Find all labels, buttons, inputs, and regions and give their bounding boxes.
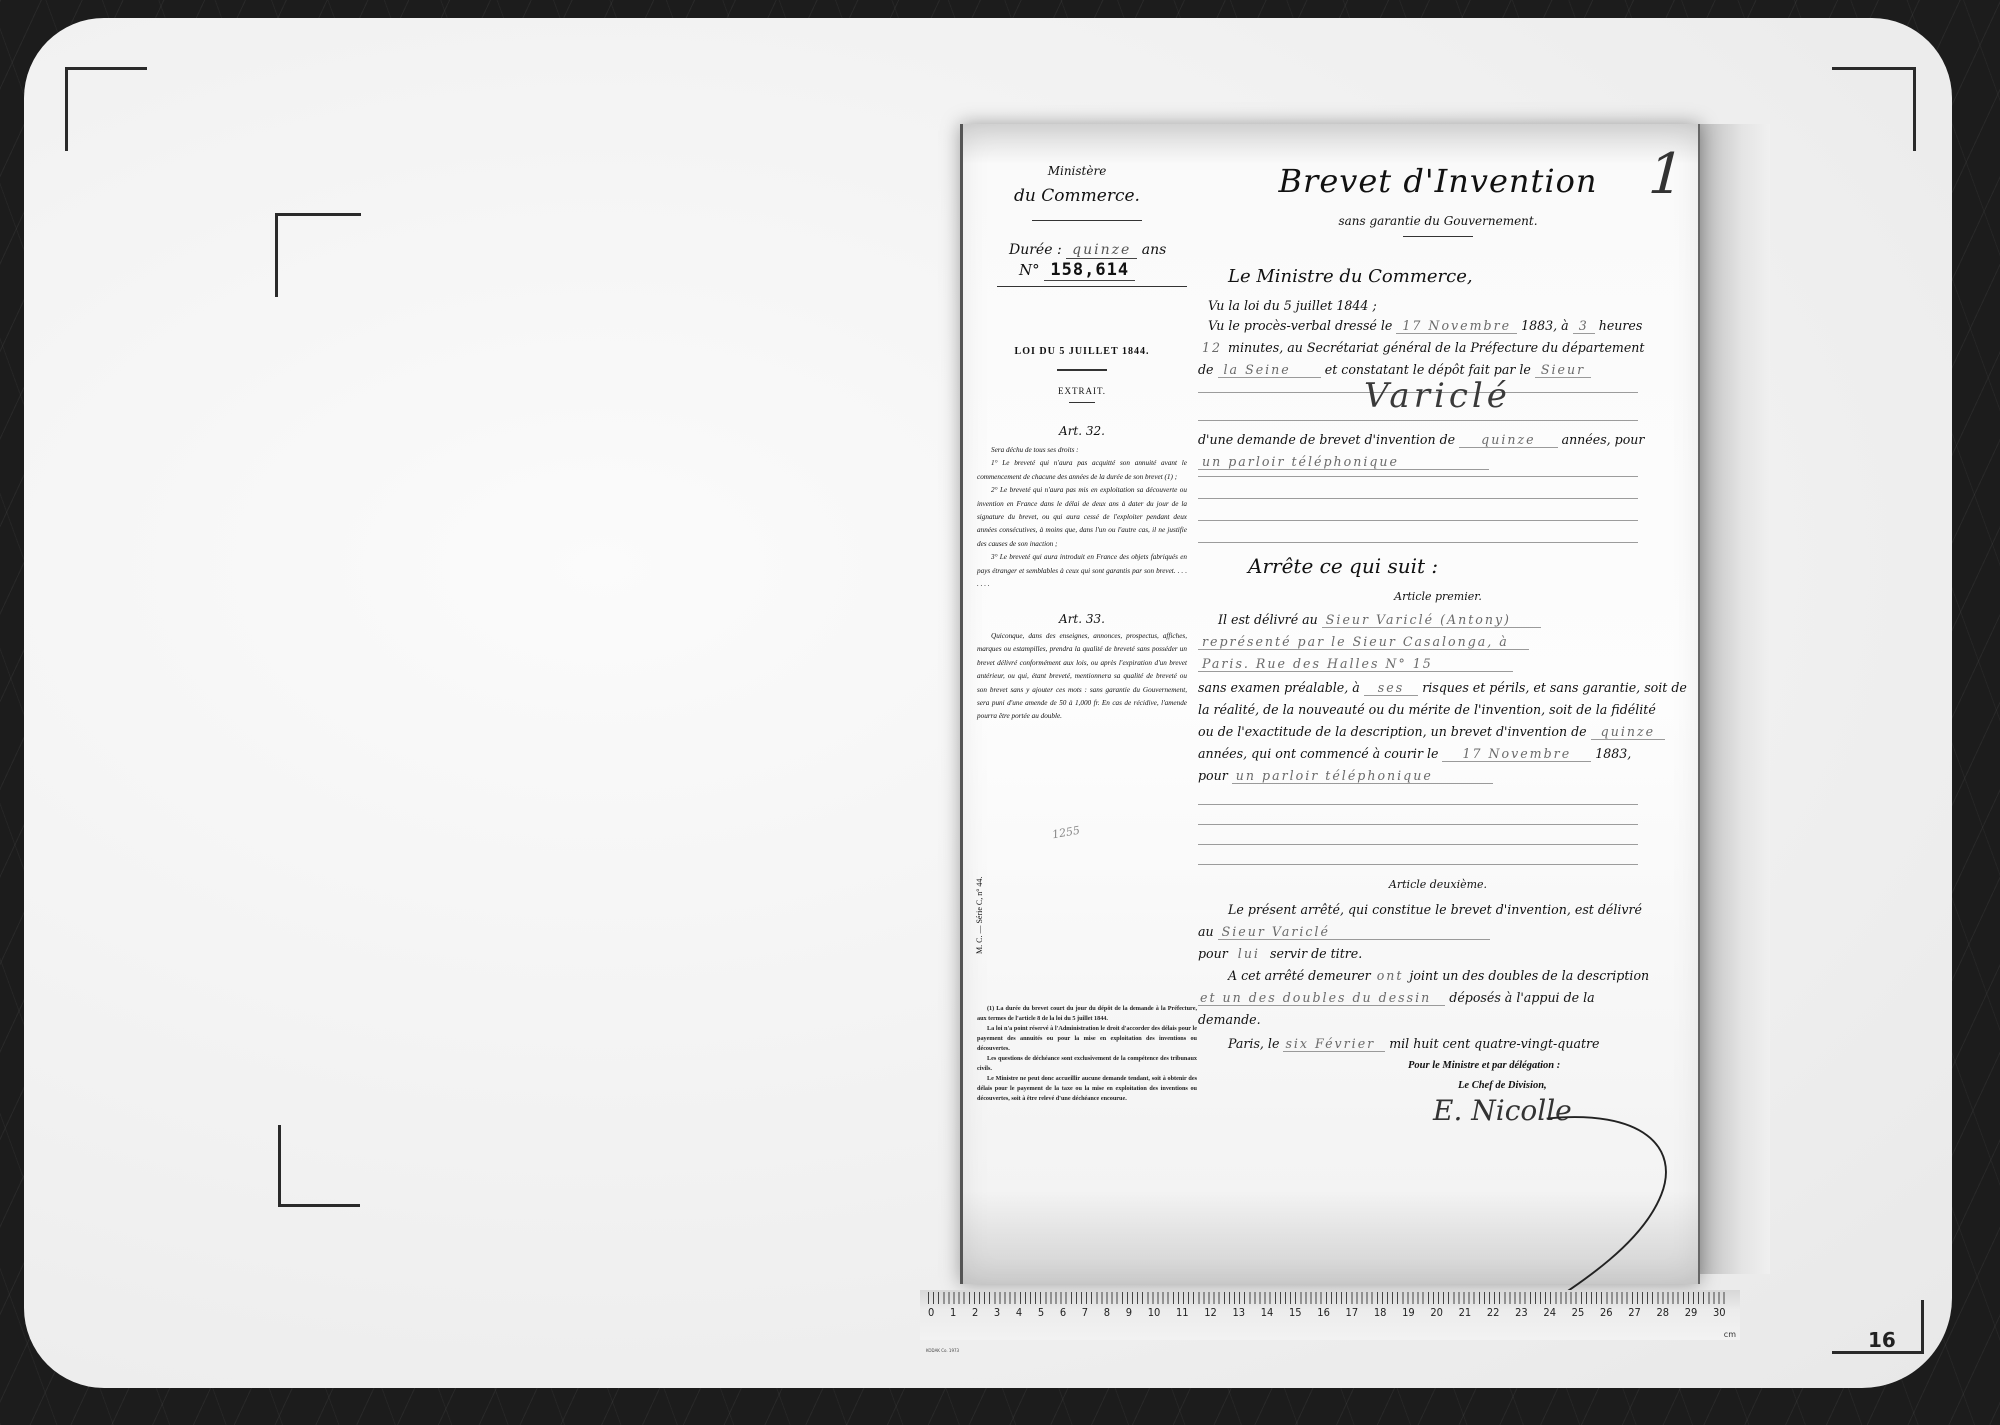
divider bbox=[1403, 236, 1473, 237]
art2-line-4: A cet arrêté demeurer ont joint un des d… bbox=[1228, 966, 1688, 986]
ruler-tick-label: 16 bbox=[1317, 1306, 1330, 1324]
pv-date: 17 Novembre bbox=[1396, 318, 1517, 334]
art1-line3-prefix: ou de l'exactitude de la description, un… bbox=[1198, 724, 1587, 739]
document-title: Brevet d'Invention bbox=[1228, 162, 1648, 200]
depositor-name: Variclé bbox=[1358, 376, 1517, 416]
minutes-text: minutes, au Secrétariat général de la Pr… bbox=[1228, 340, 1644, 355]
vu-loi-text: Vu la loi du 5 juillet 1844 ; bbox=[1208, 298, 1377, 313]
art1-line-1: Il est délivré au Sieur Variclé (Antony) bbox=[1218, 610, 1678, 630]
crop-mark-outer-top-left bbox=[65, 67, 147, 151]
divider bbox=[1032, 220, 1142, 221]
pv-heure: 3 bbox=[1573, 318, 1595, 334]
arrete-heading: Arrête ce qui suit : bbox=[1248, 554, 1438, 578]
duree-unit: ans bbox=[1142, 242, 1167, 258]
folio-number: 1 bbox=[1640, 142, 1692, 207]
divider bbox=[1069, 402, 1095, 403]
patent-document: Ministère du Commerce. Durée : quinze an… bbox=[960, 124, 1700, 1284]
ruler-tick-label: 26 bbox=[1600, 1306, 1613, 1324]
ruler-tick-label: 19 bbox=[1402, 1306, 1415, 1324]
paris-date: six Février bbox=[1283, 1036, 1385, 1052]
ruler-tick-label: 23 bbox=[1515, 1306, 1528, 1324]
crop-mark-inner-top-left bbox=[275, 213, 361, 297]
footnote-paragraph: Les questions de déchéance sont exclusiv… bbox=[977, 1054, 1197, 1074]
ruler-tick-label: 17 bbox=[1346, 1306, 1359, 1324]
art1-ses: ses bbox=[1364, 680, 1418, 696]
signoff-chef: Le Chef de Division, bbox=[1458, 1080, 1547, 1091]
art2-recipient: Sieur Variclé bbox=[1218, 924, 1490, 940]
ruler-maker-label: KODAK Co. 1973 bbox=[926, 1348, 959, 1353]
ruler-tick-label: 6 bbox=[1060, 1306, 1066, 1324]
art1-line-3: Paris. Rue des Halles N° 15 bbox=[1198, 654, 1658, 674]
ministere-label: Ministère bbox=[977, 164, 1177, 178]
art2-line-1: Le présent arrêté, qui constitue le brev… bbox=[1228, 900, 1688, 920]
art32-paragraph: 3° Le breveté qui aura introduit en Fran… bbox=[977, 551, 1187, 591]
paris-prefix: Paris, le bbox=[1228, 1036, 1279, 1051]
numero-label: N° bbox=[1019, 261, 1040, 279]
depot-text: et constatant le dépôt fait par le bbox=[1325, 362, 1531, 377]
depositor-line: Variclé bbox=[1358, 386, 1818, 413]
art1-invention: un parloir téléphonique bbox=[1232, 768, 1493, 784]
proces-verbal-line: Vu le procès-verbal dressé le 17 Novembr… bbox=[1208, 316, 1668, 336]
duree-label: Durée : bbox=[1009, 242, 1062, 258]
paris-year: mil huit cent quatre-vingt-quatre bbox=[1389, 1036, 1599, 1051]
paris-date-line: Paris, le six Février mil huit cent quat… bbox=[1228, 1034, 1688, 1054]
art1-duree: quinze bbox=[1591, 724, 1665, 740]
art1-line-6: ou de l'exactitude de la description, un… bbox=[1198, 722, 1658, 742]
ruler-tick-label: 14 bbox=[1261, 1306, 1274, 1324]
art1-beneficiary: Sieur Variclé (Antony) bbox=[1322, 612, 1541, 628]
signoff-delegation: Pour le Ministre et par délégation : bbox=[1408, 1060, 1560, 1071]
art1-start-date: 17 Novembre bbox=[1442, 746, 1591, 762]
measurement-ruler: 0 1 2 3 4 5 6 7 8 9 10 11 12 13 14 15 16… bbox=[920, 1290, 1740, 1340]
footnote: (1) La durée du brevet court du jour du … bbox=[977, 1004, 1197, 1104]
art32-paragraph: 1° Le breveté qui n'aura pas acquitté so… bbox=[977, 457, 1187, 484]
ruler-tick-label: 25 bbox=[1572, 1306, 1585, 1324]
ruler-tick-label: 1 bbox=[950, 1306, 956, 1324]
form-line bbox=[1198, 420, 1638, 421]
crop-mark-inner-bottom-left bbox=[278, 1125, 360, 1207]
ruler-numbers: 0 1 2 3 4 5 6 7 8 9 10 11 12 13 14 15 16… bbox=[928, 1306, 1726, 1324]
ruler-tick-label: 20 bbox=[1430, 1306, 1443, 1324]
art1-start-year: 1883, bbox=[1595, 746, 1631, 761]
ruler-tick-label: 0 bbox=[928, 1306, 934, 1324]
art2-lui: lui bbox=[1232, 946, 1266, 961]
ruler-tick-label: 3 bbox=[994, 1306, 1000, 1324]
art32-paragraph: Sera déchu de tous ses droits : bbox=[977, 444, 1187, 457]
footnote-paragraph: Le Ministre ne peut donc accueillir aucu… bbox=[977, 1074, 1197, 1104]
ministre-heading: Le Ministre du Commerce, bbox=[1228, 266, 1473, 287]
ruler-tick-label: 28 bbox=[1656, 1306, 1669, 1324]
art32-text: Sera déchu de tous ses droits : 1° Le br… bbox=[977, 444, 1187, 591]
art1-prefix: Il est délivré au bbox=[1218, 612, 1318, 627]
document-subtitle: sans garantie du Gouvernement. bbox=[1228, 214, 1648, 228]
pv-text: Vu le procès-verbal dressé le bbox=[1208, 318, 1392, 333]
ruler-tick-label: 13 bbox=[1232, 1306, 1245, 1324]
art1-line-5: la réalité, de la nouveauté ou du mérite… bbox=[1198, 700, 1658, 720]
pv-heure-prefix: , à bbox=[1553, 318, 1569, 333]
form-line bbox=[1198, 498, 1638, 499]
frame-number: 16 bbox=[1868, 1328, 1896, 1352]
form-line bbox=[1198, 476, 1638, 477]
footnote-paragraph: La loi n'a point réservé à l'Administrat… bbox=[977, 1024, 1197, 1054]
article2-heading: Article deuxième. bbox=[1208, 878, 1668, 891]
patent-number: 158,614 bbox=[1044, 260, 1135, 281]
art2-line4-prefix: A cet arrêté demeurer bbox=[1228, 968, 1371, 983]
art33-heading: Art. 33. bbox=[977, 612, 1187, 626]
art2-line-6: demande. bbox=[1198, 1010, 1658, 1030]
ruler-tick-label: 9 bbox=[1126, 1306, 1132, 1324]
art2-line-5: et un des doubles du dessin déposés à l'… bbox=[1198, 988, 1658, 1008]
ruler-tick-label: 8 bbox=[1104, 1306, 1110, 1324]
ruler-tick-label: 4 bbox=[1016, 1306, 1022, 1324]
margin-annotation: 1255 bbox=[1051, 824, 1081, 842]
art2-ont: ont bbox=[1375, 968, 1406, 983]
minutes-line: 12 minutes, au Secrétariat général de la… bbox=[1200, 338, 1660, 358]
demande-duree: quinze bbox=[1459, 432, 1557, 448]
art2-line-2: au Sieur Variclé bbox=[1198, 922, 1658, 942]
form-line bbox=[1198, 844, 1638, 845]
art1-sans-examen: sans examen préalable, à bbox=[1198, 680, 1360, 695]
de-label: de bbox=[1198, 362, 1214, 377]
divider bbox=[997, 286, 1187, 287]
demande-suffix: années, pour bbox=[1562, 432, 1645, 447]
form-line bbox=[1198, 864, 1638, 865]
demande-line: d'une demande de brevet d'invention de q… bbox=[1198, 430, 1658, 450]
art33-paragraph: Quiconque, dans des enseignes, annonces,… bbox=[977, 630, 1187, 724]
ruler-tick-label: 29 bbox=[1685, 1306, 1698, 1324]
form-line bbox=[1198, 804, 1638, 805]
form-line bbox=[1198, 824, 1638, 825]
depot-sieur: Sieur bbox=[1535, 362, 1591, 378]
ruler-unit-label: cm bbox=[1724, 1330, 1736, 1339]
invention-title: un parloir téléphonique bbox=[1198, 454, 1489, 470]
art1-line-4: sans examen préalable, à ses risques et … bbox=[1198, 678, 1658, 698]
footnote-paragraph: (1) La durée du brevet court du jour du … bbox=[977, 1004, 1197, 1024]
art1-representative: représenté par le Sieur Casalonga, à bbox=[1198, 634, 1529, 650]
ruler-tick-label: 21 bbox=[1459, 1306, 1472, 1324]
demande-text: d'une demande de brevet d'invention de bbox=[1198, 432, 1455, 447]
ruler-tick-label: 12 bbox=[1204, 1306, 1217, 1324]
vu-loi-line: Vu la loi du 5 juillet 1844 ; bbox=[1208, 296, 1668, 316]
art32-paragraph: 2° Le breveté qui n'aura pas mis en expl… bbox=[977, 484, 1187, 551]
form-line bbox=[1198, 542, 1638, 543]
article1-heading: Article premier. bbox=[1208, 590, 1668, 603]
art33-text: Quiconque, dans des enseignes, annonces,… bbox=[977, 630, 1187, 724]
art2-line-3: pour lui servir de titre. bbox=[1198, 944, 1658, 964]
art1-risques: risques et périls, et sans garantie, soi… bbox=[1422, 680, 1687, 695]
ruler-tick-label: 11 bbox=[1176, 1306, 1189, 1324]
left-column: Ministère du Commerce. Durée : quinze an… bbox=[977, 124, 1197, 1284]
serie-label: M. C. — Série C, n° 44. bbox=[975, 877, 984, 954]
art1-address: Paris. Rue des Halles N° 15 bbox=[1198, 656, 1513, 672]
extrait-label: EXTRAIT. bbox=[977, 386, 1187, 396]
pv-minutes: 12 bbox=[1200, 340, 1224, 355]
form-line bbox=[1198, 520, 1638, 521]
numero-field: N° 158,614 bbox=[1019, 260, 1135, 280]
pv-year: 1883 bbox=[1521, 318, 1553, 333]
ruler-tick-label: 24 bbox=[1543, 1306, 1556, 1324]
duree-field: Durée : quinze ans bbox=[1009, 242, 1166, 259]
art1-line-7: années, qui ont commencé à courir le 17 … bbox=[1198, 744, 1658, 764]
commerce-label: du Commerce. bbox=[977, 186, 1177, 206]
art32-heading: Art. 32. bbox=[977, 424, 1187, 438]
art1-line-2: représenté par le Sieur Casalonga, à bbox=[1198, 632, 1658, 652]
ruler-tick-label: 7 bbox=[1082, 1306, 1088, 1324]
law-title: LOI DU 5 JUILLET 1844. bbox=[977, 346, 1187, 357]
crop-mark-outer-top-right bbox=[1832, 67, 1916, 151]
art2-servir: servir de titre. bbox=[1270, 946, 1362, 961]
art2-line5-suffix: déposés à l'appui de la bbox=[1449, 990, 1594, 1005]
departement-value: la Seine bbox=[1218, 362, 1321, 378]
ruler-tick-label: 5 bbox=[1038, 1306, 1044, 1324]
ruler-tick-label: 30 bbox=[1713, 1306, 1726, 1324]
pv-heure-suffix: heures bbox=[1599, 318, 1643, 333]
art2-pour: pour bbox=[1198, 946, 1228, 961]
ruler-tick-label: 22 bbox=[1487, 1306, 1500, 1324]
ruler-tick-label: 27 bbox=[1628, 1306, 1641, 1324]
ruler-ticks bbox=[928, 1292, 1726, 1304]
art1-line4-prefix: années, qui ont commencé à courir le bbox=[1198, 746, 1438, 761]
ruler-tick-label: 15 bbox=[1289, 1306, 1302, 1324]
art2-dessins: et un des doubles du dessin bbox=[1198, 990, 1445, 1006]
ruler-tick-label: 10 bbox=[1148, 1306, 1161, 1324]
art1-line-8: pour un parloir téléphonique bbox=[1198, 766, 1658, 786]
art1-pour: pour bbox=[1198, 768, 1228, 783]
page-edge-shadow bbox=[1700, 124, 1770, 1274]
invention-line: un parloir téléphonique bbox=[1198, 452, 1658, 472]
ruler-tick-label: 2 bbox=[972, 1306, 978, 1324]
art2-au: au bbox=[1198, 924, 1214, 939]
art2-line4-suffix: joint un des doubles de la description bbox=[1410, 968, 1650, 983]
ruler-tick-label: 18 bbox=[1374, 1306, 1387, 1324]
duree-value: quinze bbox=[1066, 242, 1137, 259]
divider bbox=[1057, 369, 1107, 371]
signature-flourish bbox=[1523, 1109, 1723, 1319]
